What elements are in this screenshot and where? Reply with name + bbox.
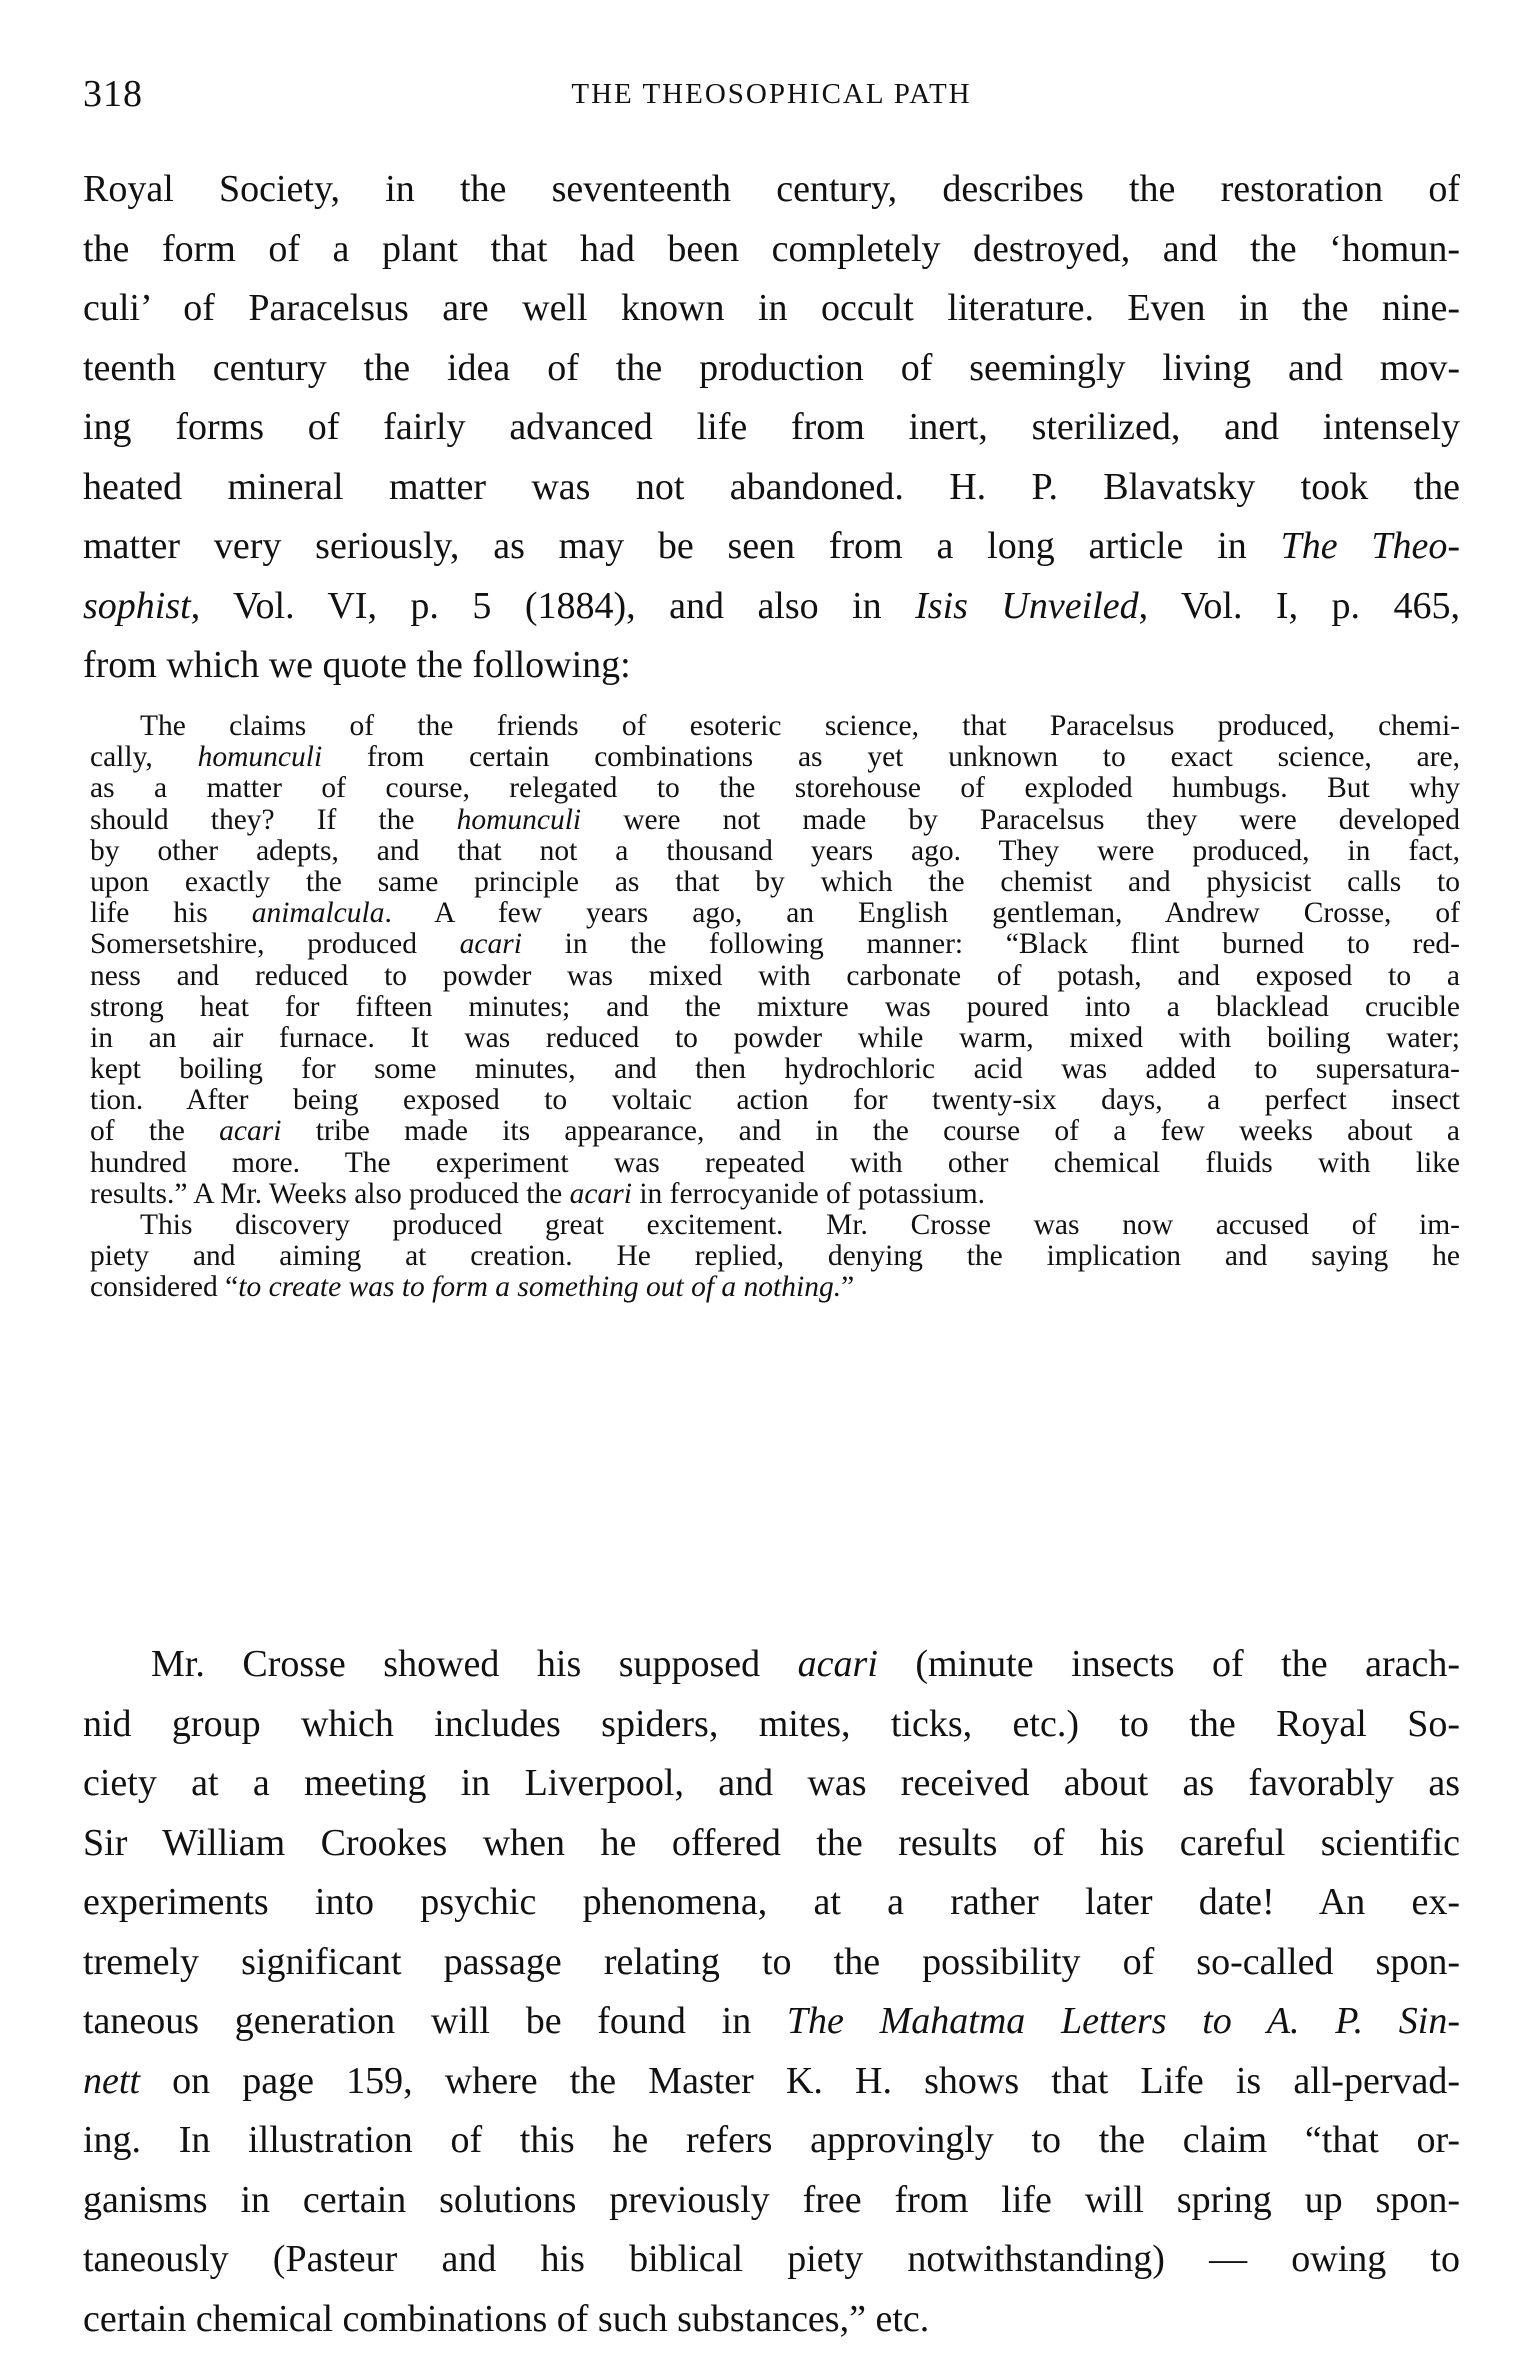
text-line: Mr. Crosse showed his supposed acari (mi… <box>83 1635 1460 1695</box>
text-line: Sir William Crookes when he offered the … <box>83 1814 1460 1874</box>
quote-line: kept boiling for some minutes, and then … <box>90 1054 1460 1085</box>
text-line: tremely significant passage relating to … <box>83 1933 1460 1993</box>
italic-term: homunculi <box>457 805 582 836</box>
quote-line: cally, homunculi from certain combinatio… <box>90 742 1460 773</box>
text-line: taneous generation will be found in The … <box>83 1992 1460 2052</box>
quote-line: considered “to create was to form a some… <box>90 1272 1460 1303</box>
document-page: 318 THE THEOSOPHICAL PATH Royal Society,… <box>0 0 1517 2361</box>
quote-line: ness and reduced to powder was mixed wit… <box>90 961 1460 992</box>
text-line: taneously (Pasteur and his biblical piet… <box>83 2230 1460 2290</box>
quote-line: piety and aiming at creation. He replied… <box>90 1241 1460 1272</box>
quote-line: strong heat for fifteen minutes; and the… <box>90 992 1460 1023</box>
italic-title: The Mahatma Letters to A. P. Sin- <box>787 2000 1460 2042</box>
text-line: certain chemical combinations of such su… <box>83 2290 1460 2350</box>
italic-title: Isis Unveiled <box>915 585 1138 627</box>
italic-term: acari <box>460 929 522 960</box>
italic-quotation: to create was to form a something out of… <box>238 1272 841 1303</box>
italic-term: homunculi <box>198 742 323 773</box>
quote-line: of the acari tribe made its appearance, … <box>90 1116 1460 1147</box>
text-line: teenth century the idea of the productio… <box>83 339 1460 399</box>
italic-term: acari <box>798 1643 878 1685</box>
italic-title: The Theo- <box>1281 525 1460 567</box>
running-head: THE THEOSOPHICAL PATH <box>83 78 1460 111</box>
text-line: nid group which includes spiders, mites,… <box>83 1695 1460 1755</box>
quote-line: should they? If the homunculi were not m… <box>90 805 1460 836</box>
text-line: sophist, Vol. VI, p. 5 (1884), and also … <box>83 577 1460 637</box>
quote-line: Somersetshire, produced acari in the fol… <box>90 929 1460 960</box>
quote-line: The claims of the friends of esoteric sc… <box>90 711 1460 742</box>
quote-line: results.” A Mr. Weeks also produced the … <box>90 1179 1460 1210</box>
quote-line: as a matter of course, relegated to the … <box>90 773 1460 804</box>
text-line: ing forms of fairly advanced life from i… <box>83 398 1460 458</box>
quote-line: by other adepts, and that not a thousand… <box>90 836 1460 867</box>
text-line: culi’ of Paracelsus are well known in oc… <box>83 279 1460 339</box>
text-line: experiments into psychic phenomena, at a… <box>83 1873 1460 1933</box>
quote-line: upon exactly the same principle as that … <box>90 867 1460 898</box>
italic-title: nett <box>83 2060 140 2102</box>
italic-term: acari <box>219 1116 281 1147</box>
quote-line: life his animalcula. A few years ago, an… <box>90 898 1460 929</box>
paragraph-2: Mr. Crosse showed his supposed acari (mi… <box>83 1635 1460 2349</box>
text-line: ganisms in certain solutions previously … <box>83 2171 1460 2231</box>
text-line: matter very seriously, as may be seen fr… <box>83 517 1460 577</box>
italic-term: acari <box>570 1179 632 1210</box>
quote-line: in an air furnace. It was reduced to pow… <box>90 1023 1460 1054</box>
text-line: from which we quote the following: <box>83 636 1460 696</box>
block-quote: The claims of the friends of esoteric sc… <box>90 711 1460 1304</box>
quote-line: tion. After being exposed to voltaic act… <box>90 1085 1460 1116</box>
paragraph-1: Royal Society, in the seventeenth centur… <box>83 160 1460 696</box>
text-line: heated mineral matter was not abandoned.… <box>83 458 1460 518</box>
text-line: the form of a plant that had been comple… <box>83 220 1460 280</box>
italic-term: animalcula <box>252 898 385 929</box>
text-line: ing. In illustration of this he refers a… <box>83 2111 1460 2171</box>
quote-line: This discovery produced great excitement… <box>90 1210 1460 1241</box>
text-line: Royal Society, in the seventeenth centur… <box>83 160 1460 220</box>
italic-title: sophist <box>83 585 191 627</box>
text-line: nett on page 159, where the Master K. H.… <box>83 2052 1460 2112</box>
quote-line: hundred more. The experiment was repeate… <box>90 1148 1460 1179</box>
page-header: 318 THE THEOSOPHICAL PATH <box>83 72 1460 116</box>
text-line: ciety at a meeting in Liverpool, and was… <box>83 1754 1460 1814</box>
